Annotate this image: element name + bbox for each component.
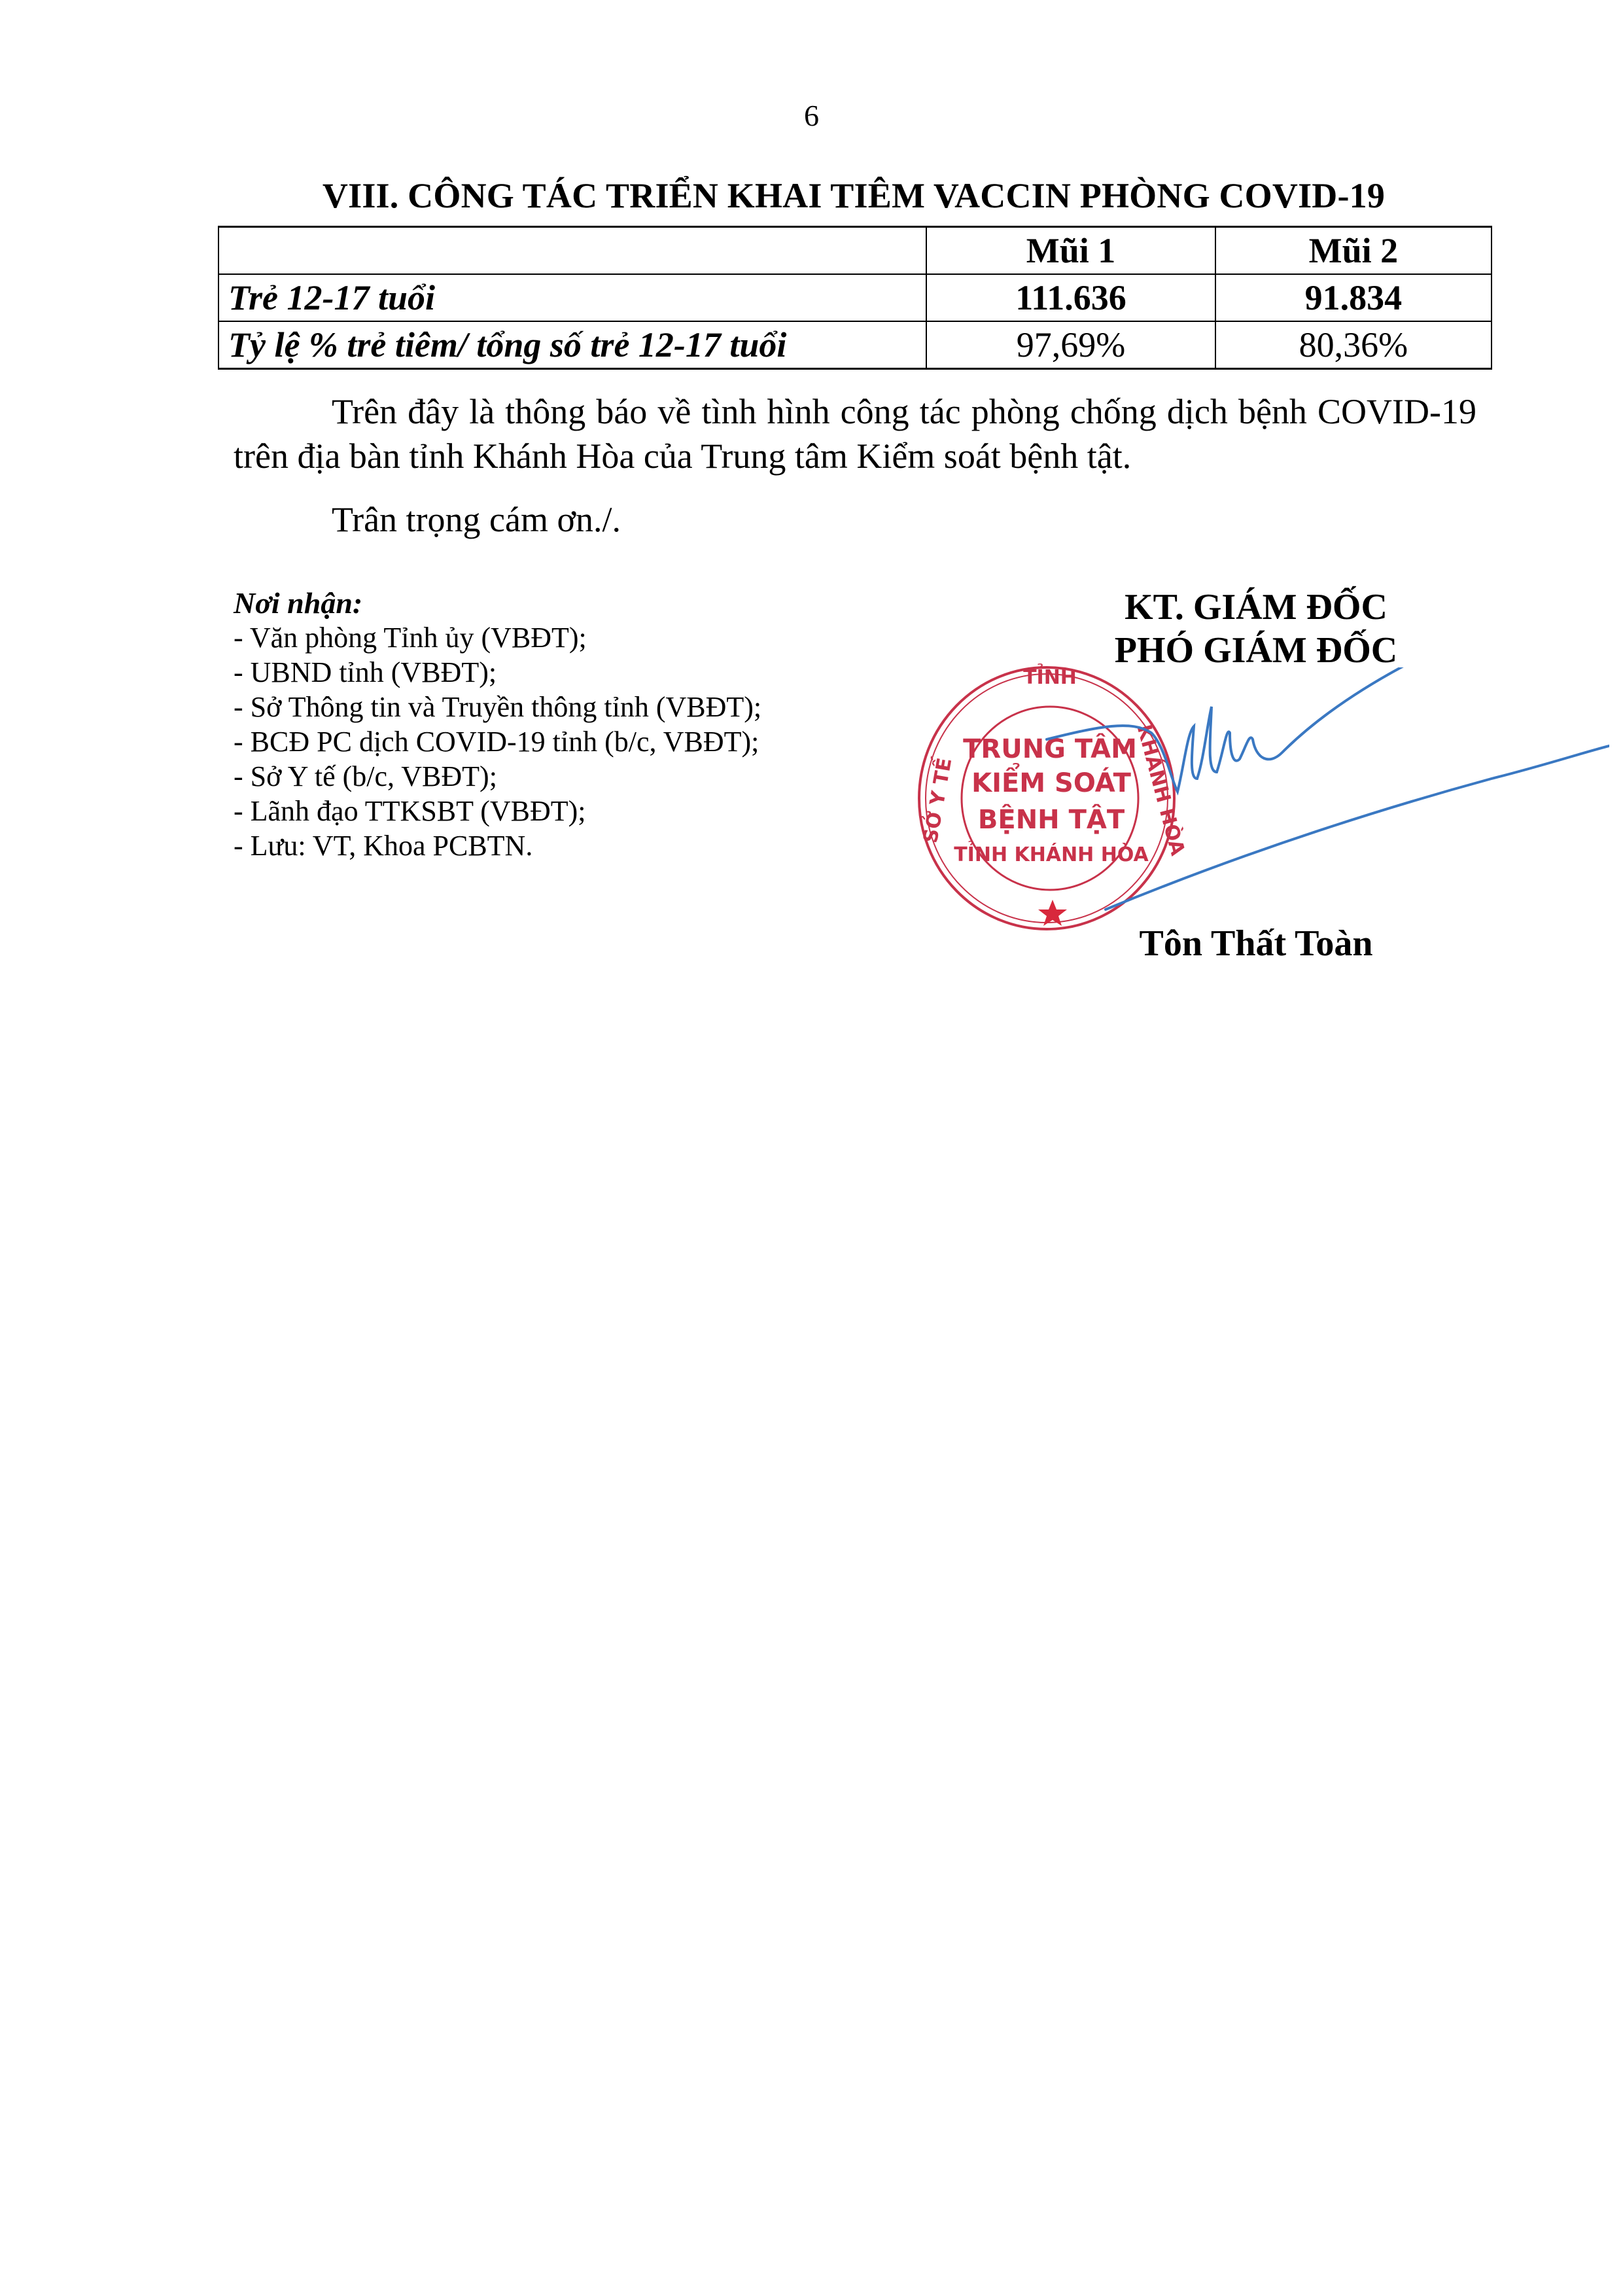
- page-number: 6: [0, 98, 1623, 133]
- recipients-heading: Nơi nhận:: [234, 586, 888, 620]
- signer-name: Tôn Thất Toàn: [1047, 923, 1465, 964]
- table-header-empty: [218, 227, 926, 275]
- row-dose2-value: 91.834: [1215, 274, 1492, 321]
- row-label: Trẻ 12-17 tuổi: [218, 274, 926, 321]
- table-header-row: Mũi 1 Mũi 2: [218, 227, 1492, 275]
- recipient-item: - Lãnh đạo TTKSBT (VBĐT);: [234, 794, 888, 828]
- row-dose1-value: 111.636: [926, 274, 1215, 321]
- recipient-item: - Sở Thông tin và Truyền thông tỉnh (VBĐ…: [234, 690, 888, 724]
- recipient-item: - BCĐ PC dịch COVID-19 tỉnh (b/c, VBĐT);: [234, 724, 888, 759]
- thanks-paragraph: Trân trọng cám ơn./.: [234, 497, 1476, 542]
- signature-title-line1: KT. GIÁM ĐỐC: [1047, 586, 1465, 629]
- recipients-block: Nơi nhận: - Văn phòng Tỉnh ủy (VBĐT); - …: [234, 586, 888, 863]
- table-row: Trẻ 12-17 tuổi 111.636 91.834: [218, 274, 1492, 321]
- row-dose1-value: 97,69%: [926, 321, 1215, 369]
- handwritten-signature-icon: [1021, 667, 1609, 929]
- recipient-item: - Sở Y tế (b/c, VBĐT);: [234, 759, 888, 794]
- closing-paragraph: Trên đây là thông báo về tình hình công …: [234, 389, 1476, 478]
- table-header-dose2: Mũi 2: [1215, 227, 1492, 275]
- table-header-dose1: Mũi 1: [926, 227, 1215, 275]
- row-dose2-value: 80,36%: [1215, 321, 1492, 369]
- recipient-item: - Văn phòng Tỉnh ủy (VBĐT);: [234, 620, 888, 655]
- vaccination-table: Mũi 1 Mũi 2 Trẻ 12-17 tuổi 111.636 91.83…: [218, 226, 1492, 370]
- recipient-item: - Lưu: VT, Khoa PCBTN.: [234, 828, 888, 863]
- table-row: Tỷ lệ % trẻ tiêm/ tổng số trẻ 12-17 tuổi…: [218, 321, 1492, 369]
- row-label: Tỷ lệ % trẻ tiêm/ tổng số trẻ 12-17 tuổi: [218, 321, 926, 369]
- section-title: VIII. CÔNG TÁC TRIỂN KHAI TIÊM VACCIN PH…: [216, 175, 1492, 216]
- recipient-item: - UBND tỉnh (VBĐT);: [234, 655, 888, 690]
